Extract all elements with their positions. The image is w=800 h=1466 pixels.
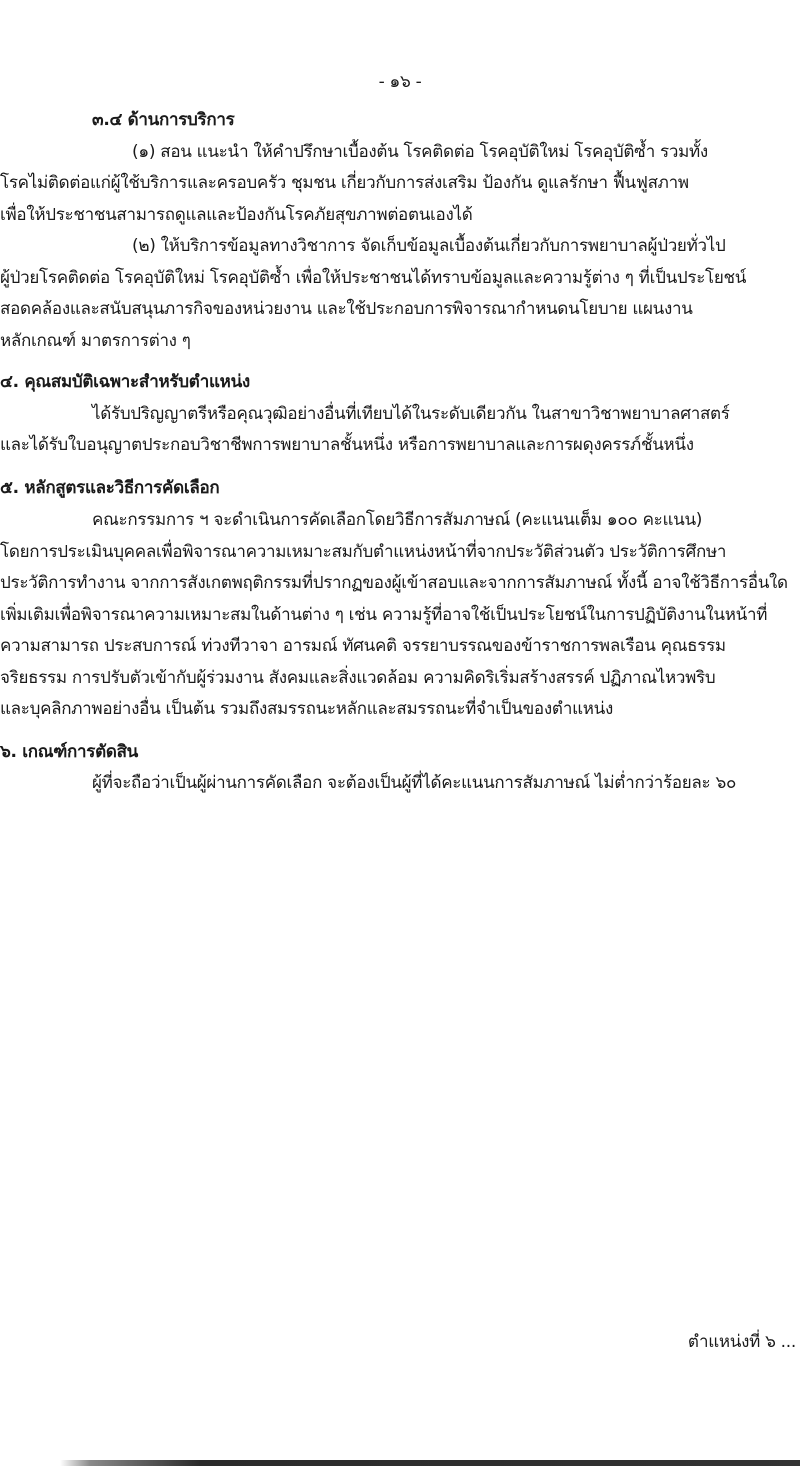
section-3-4-line: หลักเกณฑ์ มาตรการต่าง ๆ <box>0 329 191 353</box>
section-3-4-line: (๒) ให้บริการข้อมูลทางวิชาการ จัดเก็บข้อ… <box>132 234 726 258</box>
section-5-line: จริยธรรม การปรับตัวเข้ากับผู้ร่วมงาน สัง… <box>0 666 715 690</box>
section-5-heading: ๕. หลักสูตรและวิธีการคัดเลือก <box>0 476 219 500</box>
section-5-line: ความสามารถ ประสบการณ์ ท่วงทีวาจา อารมณ์ … <box>0 634 726 658</box>
section-3-4-heading: ๓.๔ ด้านการบริการ <box>92 108 234 132</box>
section-4-line: และได้รับใบอนุญาตประกอบวิชาชีพการพยาบาลช… <box>0 433 694 457</box>
section-5-line: เพิ่มเติมเพื่อพิจารณาความเหมาะสมในด้านต่… <box>0 603 767 627</box>
section-6-line: ผู้ที่จะถือว่าเป็นผู้ผ่านการคัดเลือก จะต… <box>92 771 736 795</box>
section-3-4-line: สอดคล้องและสนับสนุนภารกิจของหน่วยงาน และ… <box>0 297 693 321</box>
section-5-line: โดยการประเมินบุคคลเพื่อพิจารณาความเหมาะส… <box>0 540 726 564</box>
section-6-heading: ๖. เกณฑ์การตัดสิน <box>0 740 138 764</box>
section-5-line: และบุคลิกภาพอย่างอื่น เป็นต้น รวมถึงสมรร… <box>0 697 613 721</box>
section-5-line: คณะกรรมการ ฯ จะดำเนินการคัดเลือกโดยวิธีก… <box>92 508 702 532</box>
section-3-4-line: เพื่อให้ประชาชนสามารถดูแลและป้องกันโรคภั… <box>0 203 472 227</box>
section-4-line: ได้รับปริญญาตรีหรือคุณวุฒิอย่างอื่นที่เท… <box>92 402 730 426</box>
section-3-4-line: (๑) สอน แนะนำ ให้คำปรึกษาเบื้องต้น โรคติ… <box>132 140 708 164</box>
page-number: - ๑๖ - <box>0 70 800 94</box>
continuation-note: ตำแหน่งที่ ๖ ... <box>688 1330 796 1354</box>
section-3-4-line: โรคไม่ติดต่อแก่ผู้ใช้บริการและครอบครัว ช… <box>0 171 689 195</box>
section-4-heading: ๔. คุณสมบัติเฉพาะสำหรับตำแหน่ง <box>0 370 250 394</box>
section-3-4-line: ผู้ป่วยโรคติดต่อ โรคอุบัติใหม่ โรคอุบัติ… <box>0 266 746 290</box>
section-5-line: ประวัติการทำงาน จากการสังเกตพฤติกรรมที่ป… <box>0 571 788 595</box>
scan-edge-shadow <box>0 1460 800 1466</box>
document-page: - ๑๖ - ๓.๔ ด้านการบริการ (๑) สอน แนะนำ ใ… <box>0 0 800 1466</box>
